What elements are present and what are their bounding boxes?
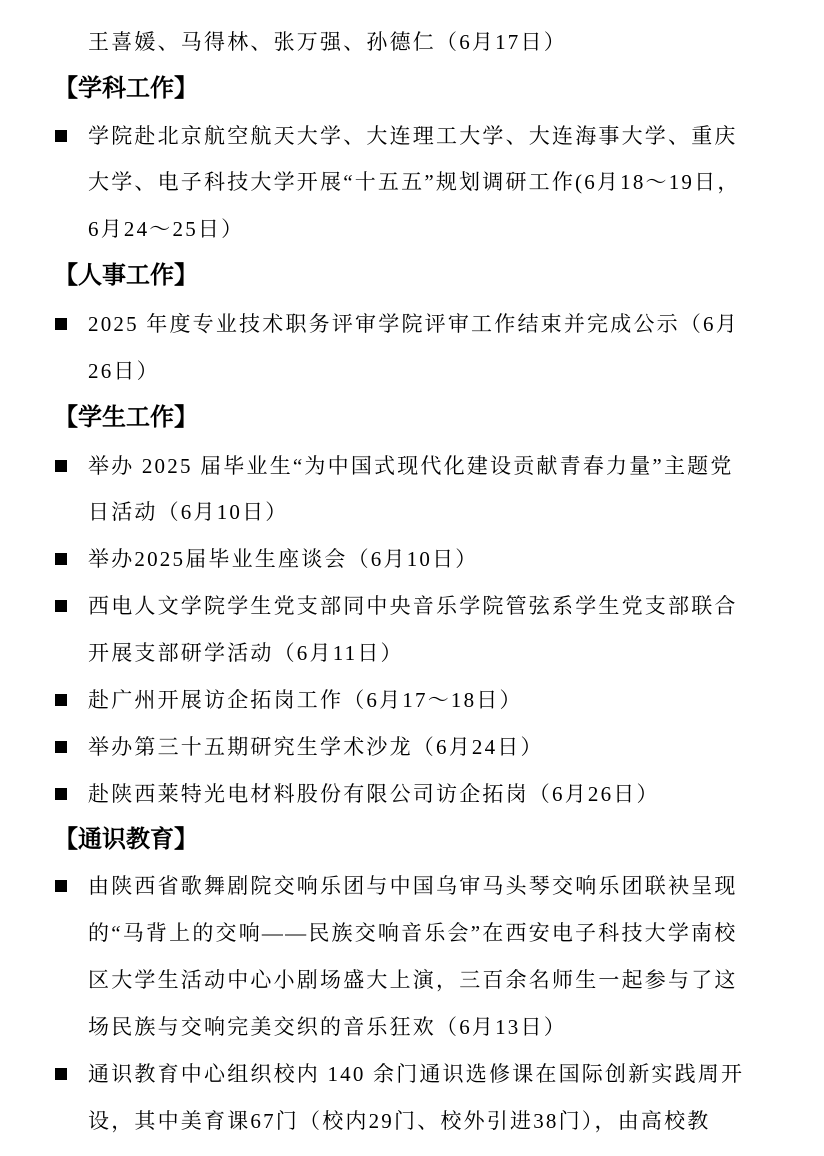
list-item-line: 西电人文学院学生党支部同中央音乐学院管弦系学生党支部联合: [88, 592, 738, 620]
bullet-icon: [55, 694, 67, 706]
list-item-line: 由陕西省歌舞剧院交响乐团与中国乌审马头琴交响乐团联袂呈现: [88, 872, 738, 900]
list-item-line: 举办2025届毕业生座谈会（6月10日）: [88, 545, 479, 573]
section-heading-general-education: 【通识教育】: [54, 824, 198, 854]
list-item-line: 通识教育中心组织校内 140 余门通识选修课在国际创新实践周开: [88, 1060, 744, 1088]
list-item-line: 区大学生活动中心小剧场盛大上演，三百余名师生一起参与了这: [88, 966, 738, 994]
list-item-line: 设，其中美育课67门（校内29门、校外引进38门），由高校教: [88, 1107, 711, 1135]
list-item-line: 2025 年度专业技术职务评审学院评审工作结束并完成公示（6月: [88, 310, 739, 338]
bullet-icon: [55, 741, 67, 753]
bullet-icon: [55, 880, 67, 892]
list-item-line: 赴陕西莱特光电材料股份有限公司访企拓岗（6月26日）: [88, 780, 660, 808]
bullet-icon: [55, 130, 67, 142]
section-heading-personnel: 【人事工作】: [54, 260, 198, 290]
list-item-line: 举办 2025 届毕业生“为中国式现代化建设贡献青春力量”主题党: [88, 452, 734, 480]
list-item-line: 大学、电子科技大学开展“十五五”规划调研工作(6月18～19日，: [88, 168, 741, 196]
bullet-icon: [55, 460, 67, 472]
list-item-line: 赴广州开展访企拓岗工作（6月17～18日）: [88, 686, 523, 714]
bullet-icon: [55, 600, 67, 612]
list-item-line: 场民族与交响完美交织的音乐狂欢（6月13日）: [88, 1013, 567, 1041]
bullet-icon: [55, 553, 67, 565]
list-item-line: 学院赴北京航空航天大学、大连理工大学、大连海事大学、重庆: [88, 122, 738, 150]
list-item-line: 的“马背上的交响——民族交响音乐会”在西安电子科技大学南校: [88, 919, 737, 947]
list-item-line: 26日）: [88, 357, 160, 385]
list-item-line: 日活动（6月10日）: [88, 498, 289, 526]
section-heading-student: 【学生工作】: [54, 402, 198, 432]
list-item-line: 6月24～25日）: [88, 215, 244, 243]
bullet-icon: [55, 318, 67, 330]
bullet-icon: [55, 788, 67, 800]
list-item-line: 开展支部研学活动（6月11日）: [88, 639, 404, 667]
section-heading-discipline: 【学科工作】: [54, 73, 198, 103]
continuation-text: 王喜媛、马得林、张万强、孙德仁（6月17日）: [88, 28, 567, 56]
bullet-icon: [55, 1068, 67, 1080]
list-item-line: 举办第三十五期研究生学术沙龙（6月24日）: [88, 733, 544, 761]
